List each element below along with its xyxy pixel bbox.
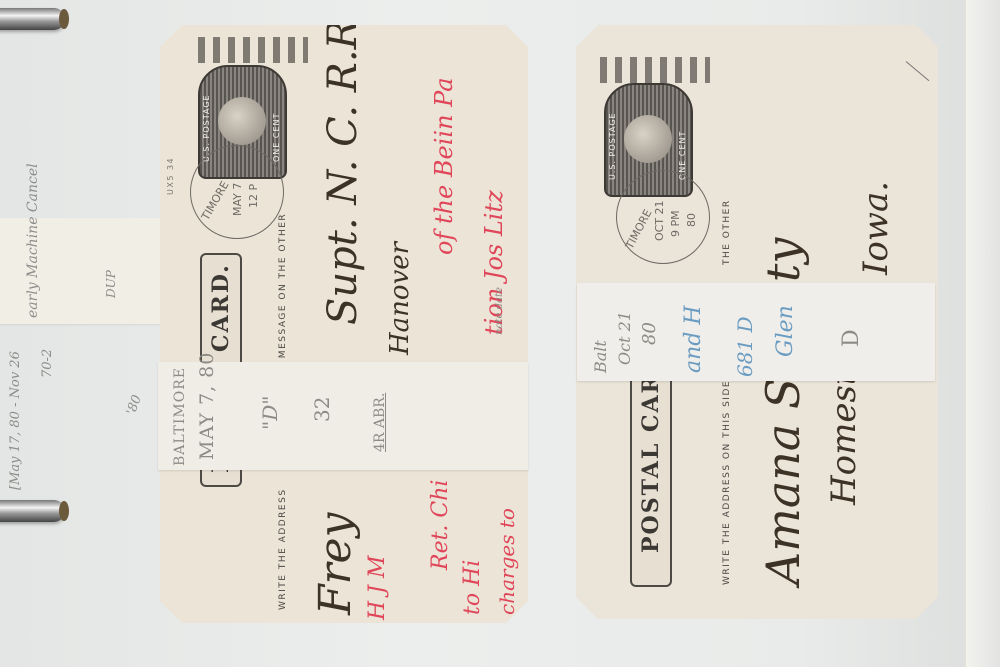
strip-city: Balt (591, 340, 610, 373)
stamp-label-left: U.S. POSTAGE (202, 94, 211, 162)
postmark-time: 9 PM (669, 210, 682, 237)
printed-instruction-top: THE OTHER (722, 199, 732, 265)
address-line-2: Hanover (385, 242, 415, 355)
strip-date: MAY 7, 80 (196, 352, 218, 460)
photo-corner-mark (906, 61, 930, 81)
postmark-year: 80 (685, 213, 698, 227)
postmark-time: 12 P (247, 184, 260, 208)
annotation-strip-left: BALTIMORE MAY 7, 80 "D" 32 4R ABR. (158, 362, 528, 470)
postmark-circle: TIMORE MAY 7 12 P (190, 145, 284, 239)
blue-note-1: and H (681, 305, 706, 373)
stamp-label-right: ONE CENT (272, 113, 281, 162)
printed-instruction-bottom: WRITE THE ADDRESS ON THIS SIDE— (722, 369, 732, 585)
catalog-code: UX5 34 (166, 157, 175, 195)
margin-year-note: '80 (124, 393, 145, 417)
postmark-date: OCT 21 (653, 200, 666, 241)
strip-grade: D (839, 329, 864, 347)
cancel-bars (600, 57, 710, 83)
imprint-text: POSTAL CARD (638, 352, 664, 553)
cancel-bars (198, 37, 308, 63)
blue-note-2: 681 D (733, 316, 757, 377)
margin-note-code: DUP (104, 270, 118, 298)
strip-date: Oct 21 (615, 311, 634, 365)
red-note-3: Ret. Chi (428, 480, 453, 570)
strip-grade: "D" (258, 396, 282, 430)
postmark-date: MAY 7 (231, 183, 244, 216)
printed-instruction-top: THE MESSAGE ON THE OTHER (278, 213, 288, 385)
red-note-6: H J M (365, 555, 390, 620)
liberty-head-icon (624, 115, 672, 163)
address-line-3: Frey (310, 513, 361, 615)
postmark-city: TIMORE (623, 207, 655, 251)
postmark-city: TIMORE (199, 179, 232, 222)
margin-vertical-note: [May 17, 80 - Nov 26 (8, 351, 23, 490)
strip-type: 32 (310, 397, 334, 422)
postmark-circle: TIMORE OCT 21 9 PM 80 (616, 170, 710, 264)
annotation-strip-right: Balt Oct 21 80 and H 681 D Glen D (577, 283, 935, 381)
address-line-1: Supt. N. C. R.R. (320, 7, 366, 325)
binder-ring-top (0, 8, 65, 30)
pencil-note: note date (494, 287, 505, 335)
red-note-4: to Hi (460, 560, 485, 615)
album-page: early Machine Cancel DUP [May 17, 80 - N… (0, 0, 1000, 667)
adjacent-album-page (965, 0, 1000, 667)
red-note-1: of the Beiin Pa (430, 77, 458, 255)
margin-vertical-note-2: 70-2 (40, 349, 55, 378)
printed-instruction-bottom: WRITE THE ADDRESS (278, 488, 288, 610)
postal-card-imprint: POSTAL CARD (620, 353, 690, 583)
margin-note-tab: early Machine Cancel DUP (0, 218, 162, 324)
postal-card-left: U.S. POSTAGE ONE CENT TIMORE MAY 7 12 P … (160, 25, 528, 623)
blue-note-3: Glen (773, 305, 798, 357)
strip-year: 80 (639, 322, 660, 345)
red-note-5: charges to (495, 508, 519, 615)
strip-city: BALTIMORE (172, 367, 188, 466)
stamp-label-left: U.S. POSTAGE (608, 112, 617, 180)
binder-ring-bottom (0, 500, 65, 522)
address-line-3: Iowa. (856, 181, 896, 275)
margin-note-text: early Machine Cancel (25, 218, 41, 318)
liberty-head-icon (218, 97, 266, 145)
strip-ref: 4R ABR. (372, 393, 388, 452)
